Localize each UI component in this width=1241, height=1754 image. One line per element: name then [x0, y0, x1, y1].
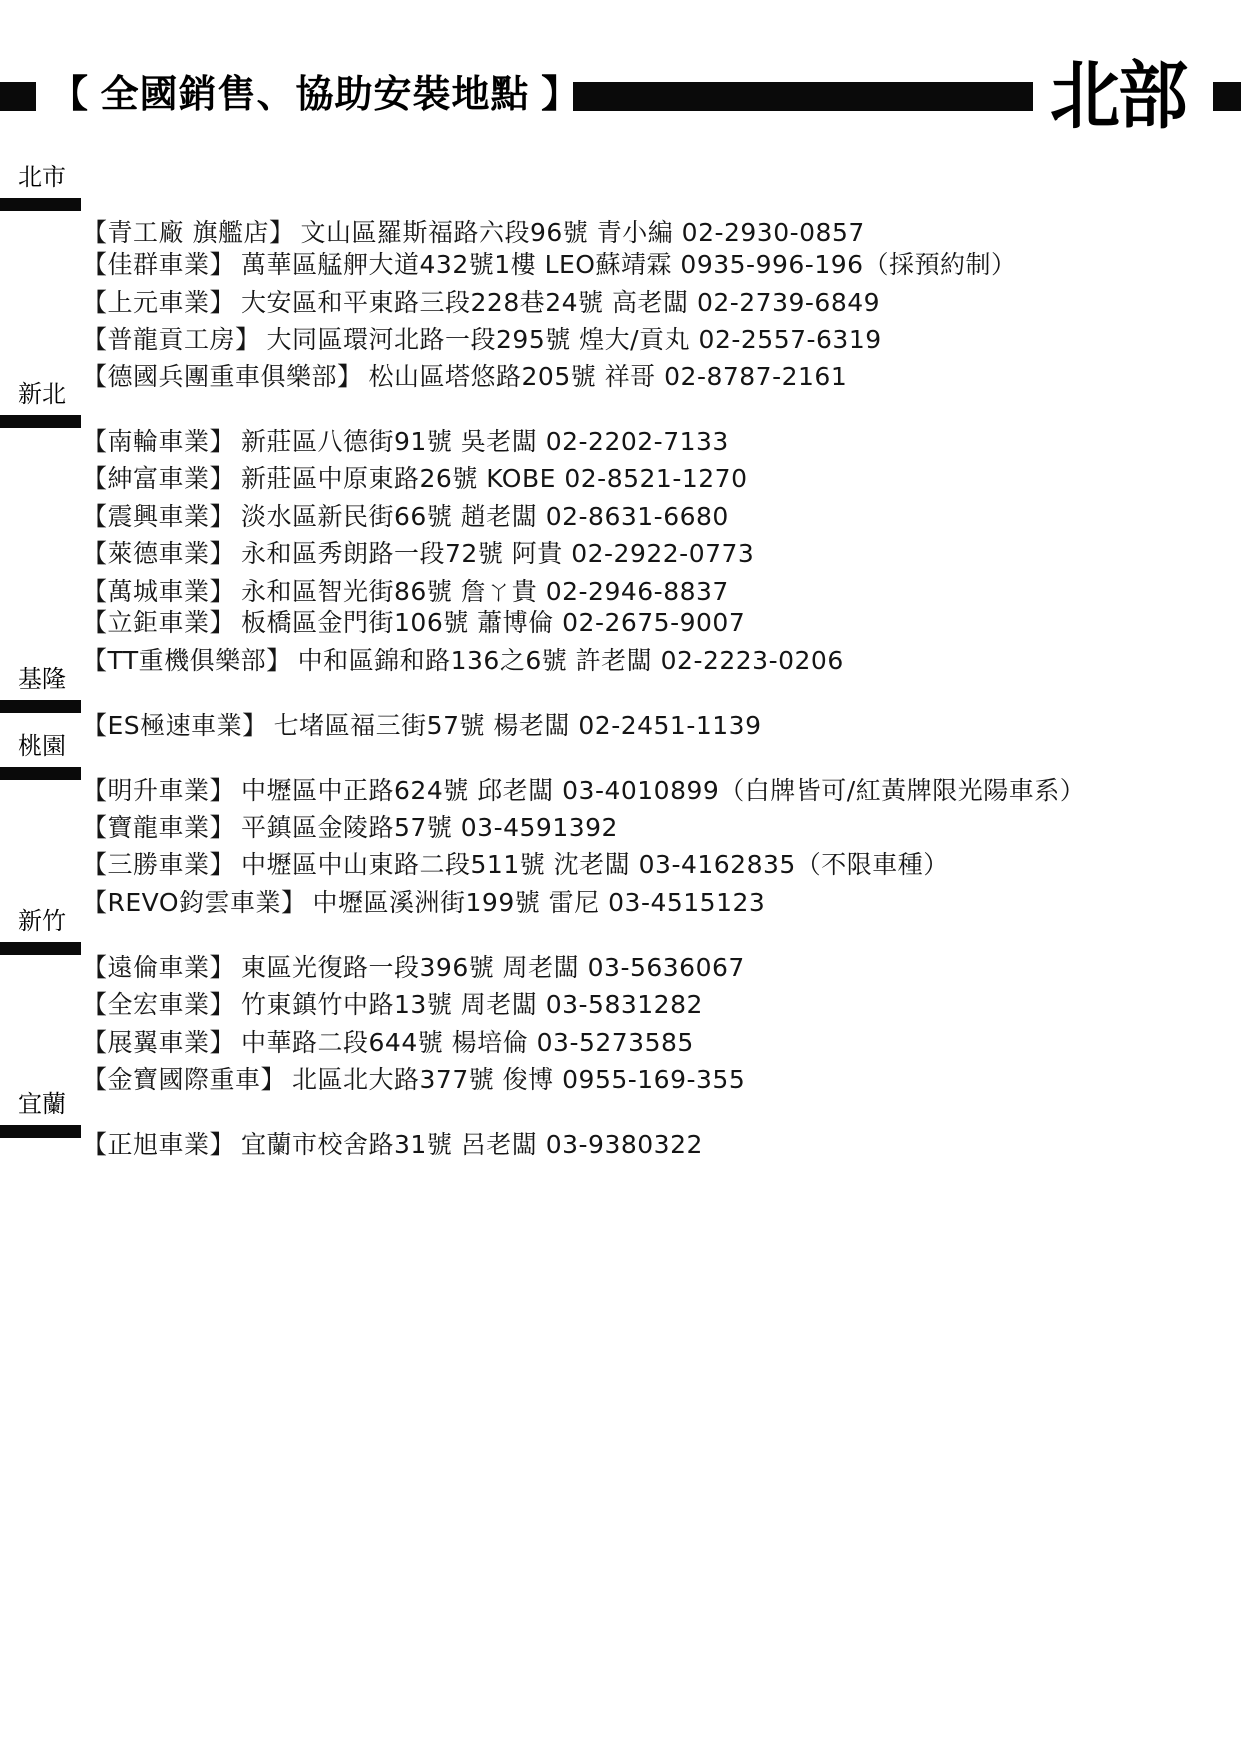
dealer-entry: 【遠倫車業】東區光復路一段396號 周老闆 03-5636067	[82, 953, 745, 983]
dealer-entry: 【上元車業】大安區和平東路三段228巷24號 高老闆 02-2739-6849	[82, 288, 880, 318]
dealer-entry: 【明升車業】中壢區中正路624號 邱老闆 03-4010899（白牌皆可/紅黃牌…	[82, 776, 1085, 806]
dealer-name: 【佳群車業】	[82, 250, 235, 279]
dealer-name: 【寶龍車業】	[82, 813, 235, 842]
dealer-name: 【震興車業】	[82, 502, 235, 531]
dealer-detail: 平鎮區金陵路57號 03-4591392	[241, 813, 618, 842]
dealer-name: 【REVO鈞雲車業】	[82, 888, 307, 917]
region-label-yilan: 宜蘭	[18, 1090, 66, 1118]
dealer-entry: 【青工廠 旗艦店】文山區羅斯福路六段96號 青小編 02-2930-0857	[82, 218, 865, 248]
dealer-entry: 【三勝車業】中壢區中山東路二段511號 沈老闆 03-4162835（不限車種）	[82, 850, 949, 880]
dealer-name: 【紳富車業】	[82, 464, 235, 493]
dealer-name: 【南輪車業】	[82, 427, 235, 456]
dealer-name: 【TT重機俱樂部】	[82, 646, 292, 675]
dealer-detail: 新莊區八德街91號 吳老闆 02-2202-7133	[241, 427, 729, 456]
dealer-entry: 【佳群車業】萬華區艋舺大道432號1樓 LEO蘇靖霖 0935-996-196（…	[82, 250, 1017, 280]
region-bar-keelung	[0, 700, 81, 713]
page-title: 【 全國銷售、協助安裝地點 】	[50, 70, 580, 120]
dealer-detail: 大同區環河北路一段295號 煌大/貢丸 02-2557-6319	[267, 325, 882, 354]
dealer-entry: 【德國兵團重車俱樂部】松山區塔悠路205號 祥哥 02-8787-2161	[82, 362, 847, 392]
dealer-name: 【普龍貢工房】	[82, 325, 261, 354]
region-label-taoyuan: 桃園	[18, 732, 66, 760]
dealer-detail: 板橋區金門街106號 蕭博倫 02-2675-9007	[241, 608, 745, 637]
dealer-name: 【遠倫車業】	[82, 953, 235, 982]
dealer-detail: 東區光復路一段396號 周老闆 03-5636067	[241, 953, 745, 982]
dealer-entry: 【REVO鈞雲車業】中壢區溪洲街199號 雷尼 03-4515123	[82, 888, 765, 918]
dealer-detail: 竹東鎮竹中路13號 周老闆 03-5831282	[241, 990, 703, 1019]
dealer-detail: 中華路二段644號 楊培倫 03-5273585	[241, 1028, 694, 1057]
region-label-new-taipei: 新北	[18, 380, 66, 408]
dealer-name: 【三勝車業】	[82, 850, 235, 879]
dealer-name: 【德國兵團重車俱樂部】	[82, 362, 363, 391]
page-header: 【 全國銷售、協助安裝地點 】 北部	[0, 66, 1241, 136]
dealer-name: 【金寶國際重車】	[82, 1065, 286, 1094]
dealer-entry: 【南輪車業】新莊區八德街91號 吳老闆 02-2202-7133	[82, 427, 729, 457]
header-right-bar	[1213, 82, 1241, 111]
dealer-detail: 萬華區艋舺大道432號1樓 LEO蘇靖霖 0935-996-196（採預約制）	[241, 250, 1017, 279]
region-bar-taoyuan	[0, 767, 81, 780]
dealer-name: 【全宏車業】	[82, 990, 235, 1019]
dealer-detail: 永和區智光街86號 詹ㄚ貴 02-2946-8837	[241, 577, 729, 606]
dealer-entry: 【紳富車業】新莊區中原東路26號 KOBE 02-8521-1270	[82, 464, 747, 494]
dealer-name: 【上元車業】	[82, 288, 235, 317]
dealer-entry: 【全宏車業】竹東鎮竹中路13號 周老闆 03-5831282	[82, 990, 703, 1020]
dealer-name: 【立鉅車業】	[82, 608, 235, 637]
dealer-detail: 文山區羅斯福路六段96號 青小編 02-2930-0857	[300, 218, 864, 247]
dealer-entry: 【寶龍車業】平鎮區金陵路57號 03-4591392	[82, 813, 618, 843]
dealer-entry: 【展翼車業】中華路二段644號 楊培倫 03-5273585	[82, 1028, 694, 1058]
dealer-name: 【青工廠 旗艦店】	[82, 218, 294, 247]
dealer-entry: 【普龍貢工房】大同區環河北路一段295號 煌大/貢丸 02-2557-6319	[82, 325, 882, 355]
region-bar-taipei	[0, 198, 81, 211]
dealer-detail: 新莊區中原東路26號 KOBE 02-8521-1270	[241, 464, 747, 493]
dealer-entry: 【TT重機俱樂部】中和區錦和路136之6號 許老闆 02-2223-0206	[82, 646, 844, 676]
dealer-name: 【ES極速車業】	[82, 711, 268, 740]
dealer-entry: 【ES極速車業】七堵區福三街57號 楊老闆 02-2451-1139	[82, 711, 761, 741]
dealer-name: 【展翼車業】	[82, 1028, 235, 1057]
region-label-hsinchu: 新竹	[18, 907, 66, 935]
region-bar-hsinchu	[0, 942, 81, 955]
dealer-detail: 中壢區中正路624號 邱老闆 03-4010899（白牌皆可/紅黃牌限光陽車系）	[241, 776, 1085, 805]
dealer-detail: 中壢區溪洲街199號 雷尼 03-4515123	[313, 888, 766, 917]
header-middle-bar	[573, 82, 1033, 111]
dealer-detail: 松山區塔悠路205號 祥哥 02-8787-2161	[369, 362, 848, 391]
dealer-entry: 【萊德車業】永和區秀朗路一段72號 阿貴 02-2922-0773	[82, 539, 754, 569]
region-heading: 北部	[1050, 54, 1186, 138]
dealer-entry: 【金寶國際重車】北區北大路377號 俊博 0955-169-355	[82, 1065, 745, 1095]
dealer-detail: 中壢區中山東路二段511號 沈老闆 03-4162835（不限車種）	[241, 850, 949, 879]
dealer-entry: 【正旭車業】宜蘭市校舍路31號 呂老闆 03-9380322	[82, 1130, 703, 1160]
region-bar-new-taipei	[0, 415, 81, 428]
dealer-name: 【正旭車業】	[82, 1130, 235, 1159]
dealer-entry: 【立鉅車業】板橋區金門街106號 蕭博倫 02-2675-9007	[82, 608, 745, 638]
dealer-entry: 【震興車業】淡水區新民街66號 趙老闆 02-8631-6680	[82, 502, 729, 532]
region-label-keelung: 基隆	[18, 665, 66, 693]
dealer-detail: 宜蘭市校舍路31號 呂老闆 03-9380322	[241, 1130, 703, 1159]
dealer-detail: 大安區和平東路三段228巷24號 高老闆 02-2739-6849	[241, 288, 880, 317]
dealer-detail: 淡水區新民街66號 趙老闆 02-8631-6680	[241, 502, 729, 531]
dealer-detail: 北區北大路377號 俊博 0955-169-355	[292, 1065, 745, 1094]
dealer-name: 【萬城車業】	[82, 577, 235, 606]
dealer-name: 【明升車業】	[82, 776, 235, 805]
header-left-bar	[0, 82, 36, 111]
dealer-entry: 【萬城車業】永和區智光街86號 詹ㄚ貴 02-2946-8837	[82, 577, 729, 607]
dealer-detail: 中和區錦和路136之6號 許老闆 02-2223-0206	[298, 646, 844, 675]
dealer-detail: 七堵區福三街57號 楊老闆 02-2451-1139	[274, 711, 762, 740]
region-label-taipei: 北市	[18, 163, 66, 191]
region-bar-yilan	[0, 1125, 81, 1138]
dealer-detail: 永和區秀朗路一段72號 阿貴 02-2922-0773	[241, 539, 754, 568]
dealer-name: 【萊德車業】	[82, 539, 235, 568]
